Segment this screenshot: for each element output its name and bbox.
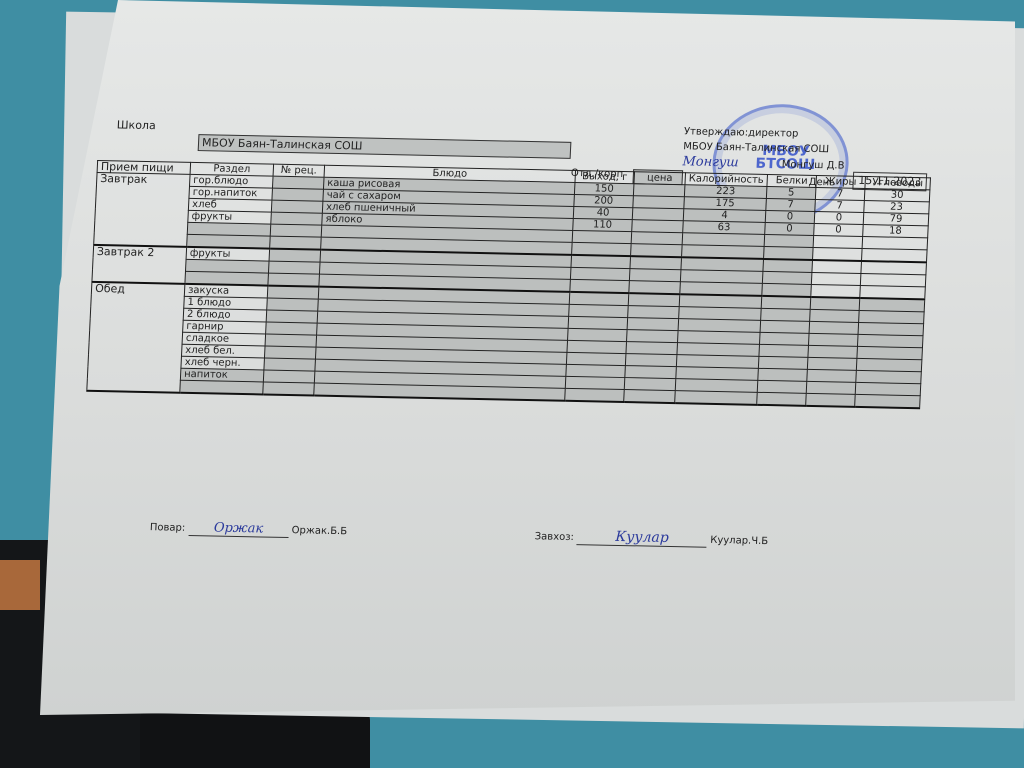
school-label: Школа xyxy=(117,118,157,132)
section-cell: гор.блюдо xyxy=(189,174,273,188)
fats-cell: 0 xyxy=(814,211,864,224)
manager-signature: Куулар xyxy=(615,529,669,546)
section-cell: 2 блюдо xyxy=(183,308,267,322)
price-cell xyxy=(632,208,684,221)
header-price: цена xyxy=(634,172,686,185)
price-cell xyxy=(633,184,685,197)
manager-signature-block: Завхоз: Куулар Куулар.Ч.Б xyxy=(534,527,768,549)
proteins-cell: 5 xyxy=(766,186,816,199)
menu-document: Школа МБОУ Баян-Талинская СОШ Отд./корп … xyxy=(79,100,960,568)
director-name: Монгуш Д.В xyxy=(782,159,845,171)
section-cell: фрукты xyxy=(186,247,270,261)
recipe-cell xyxy=(272,188,324,201)
section-cell xyxy=(180,380,264,394)
cook-signature: Оржак xyxy=(214,520,264,536)
proteins-cell: 7 xyxy=(766,198,816,211)
director-signature: Монгуш xyxy=(682,154,739,170)
section-cell: сладкое xyxy=(182,332,266,346)
fats-cell: 7 xyxy=(815,188,865,201)
manager-name: Куулар.Ч.Б xyxy=(710,535,768,547)
cook-label: Повар: xyxy=(150,522,186,534)
fats-cell: 0 xyxy=(814,223,864,236)
header-recipe: № рец. xyxy=(273,164,325,177)
price-cell xyxy=(632,220,684,233)
section-cell: 1 блюдо xyxy=(184,296,268,310)
manager-label: Завхоз: xyxy=(534,531,574,543)
section-cell: хлеб бел. xyxy=(181,344,265,358)
proteins-cell: 0 xyxy=(765,210,815,223)
approval-block: Утверждаю:директор МБОУ Баян-Талинская С… xyxy=(682,124,846,173)
recipe-cell xyxy=(271,200,323,213)
header-calories: Калорийность xyxy=(685,173,768,187)
header-yield: Выход, г xyxy=(575,170,635,183)
proteins-cell: 0 xyxy=(765,222,815,235)
section-cell: хлеб черн. xyxy=(181,356,265,370)
cook-signature-block: Повар: Оржак Оржак.Б.Б xyxy=(150,519,348,539)
fats-cell: 7 xyxy=(815,200,865,213)
meal-breakfast-2: Завтрак 2 xyxy=(92,245,187,284)
school-name-field: МБОУ Баян-Талинская СОШ xyxy=(198,134,572,159)
section-cell: хлеб xyxy=(188,198,272,212)
background-wood xyxy=(0,560,40,610)
header-carbs: Углеводы xyxy=(865,177,931,190)
header-proteins: Белки xyxy=(767,174,817,187)
menu-table: Прием пищи Раздел № рец. Блюдо Выход, г … xyxy=(86,160,931,409)
section-cell: гарнир xyxy=(183,320,267,334)
header-fats: Жиры xyxy=(816,176,866,189)
recipe-cell xyxy=(271,212,323,225)
recipe-cell xyxy=(272,176,324,189)
price-cell xyxy=(633,196,685,209)
cook-name: Оржак.Б.Б xyxy=(291,525,347,537)
meal-breakfast: Завтрак xyxy=(94,172,190,246)
meal-lunch: Обед xyxy=(87,282,185,393)
section-cell: гор.напиток xyxy=(189,186,273,200)
section-cell: напиток xyxy=(180,368,264,382)
section-cell: фрукты xyxy=(188,210,272,224)
section-cell: закуска xyxy=(184,284,268,298)
